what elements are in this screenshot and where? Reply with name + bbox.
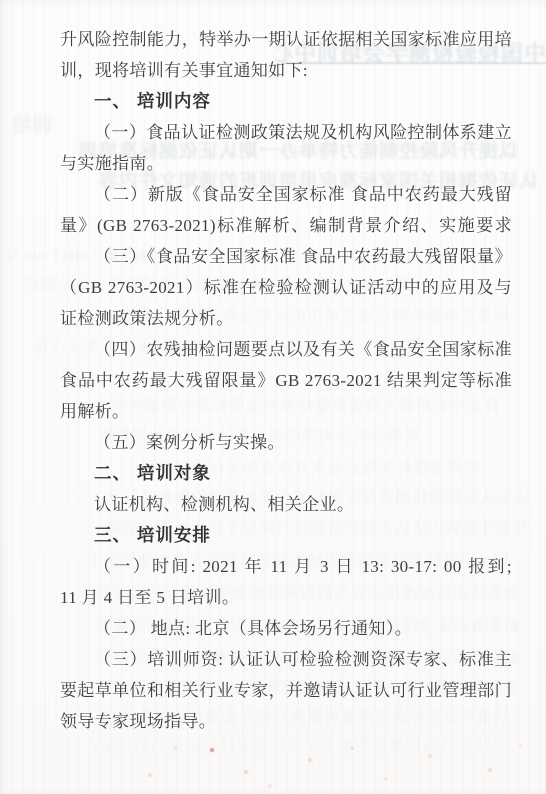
stamp-speck (308, 758, 312, 762)
bleedthrough-text: 训培 (2, 112, 54, 140)
text-line: 用解析。 (60, 396, 512, 427)
text-line: 升风险控制能力，特举办一期认证依据相关国家标准应用培 (60, 24, 512, 55)
stamp-speck (519, 744, 522, 747)
text-line: 证检测政策法规分析。 (60, 303, 512, 334)
text-line: 领导专家现场指导。 (60, 706, 512, 737)
text-line: 训，现将培训有关事宜通知如下: (60, 55, 512, 86)
stamp-speck (384, 777, 387, 780)
text-line: 量》(GB 2763-2021)标准解析、编制背景介绍、实施要求等。 (60, 210, 512, 241)
text-line: 三、 培训安排 (60, 520, 512, 551)
text-line: 二、 培训对象 (60, 458, 512, 489)
text-line: （一）时间: 2021 年 11 月 3 日 13: 30-17: 00 报到; (60, 551, 512, 582)
stamp-speck (244, 770, 248, 774)
text-line: （GB 2763-2021）标准在检验检测认证活动中的应用及与认 (60, 272, 512, 303)
text-line: （三）《食品安全国家标准 食品中农药最大残留限量》 (60, 241, 512, 272)
text-line: （一）食品认证检测政策法规及机构风险控制体系建立 (60, 117, 512, 148)
stamp-speck (268, 784, 272, 788)
text-line: （五）案例分析与实操。 (60, 427, 512, 458)
stamp-speck (488, 768, 492, 772)
text-line: 要起草单位和相关行业专家，并邀请认证认可行业管理部门 (60, 675, 512, 706)
text-line: 认证机构、检测机构、相关企业。 (60, 489, 512, 520)
text-line: 与实施指南。 (60, 148, 512, 179)
text-line: （二） 地点: 北京（具体会场另行通知）。 (60, 613, 512, 644)
stamp-speck (148, 773, 152, 777)
scanned-document-page: 中国检验检测学会培训中心训培以提升风险控制能力特举办一期认证依据标准培训认证依据… (0, 0, 546, 794)
stamp-speck (351, 747, 354, 750)
document-body: 升风险控制能力，特举办一期认证依据相关国家标准应用培训，现将培训有关事宜通知如下… (60, 24, 512, 737)
stamp-speck (210, 748, 214, 752)
text-line: 11 月 4 日至 5 日培训。 (60, 582, 512, 613)
text-line: （三）培训师资: 认证认可检验检测资深专家、标准主 (60, 644, 512, 675)
text-line: 一、 培训内容 (60, 86, 512, 117)
stamp-speck (174, 747, 177, 750)
stamp-speck (428, 754, 432, 758)
text-line: （四）农残抽检问题要点以及有关《食品安全国家标准 (60, 334, 512, 365)
text-line: （二）新版《食品安全国家标准 食品中农药最大残留限 (60, 179, 512, 210)
text-line: 食品中农药最大残留限量》GB 2763-2021 结果判定等标准应 (60, 365, 512, 396)
